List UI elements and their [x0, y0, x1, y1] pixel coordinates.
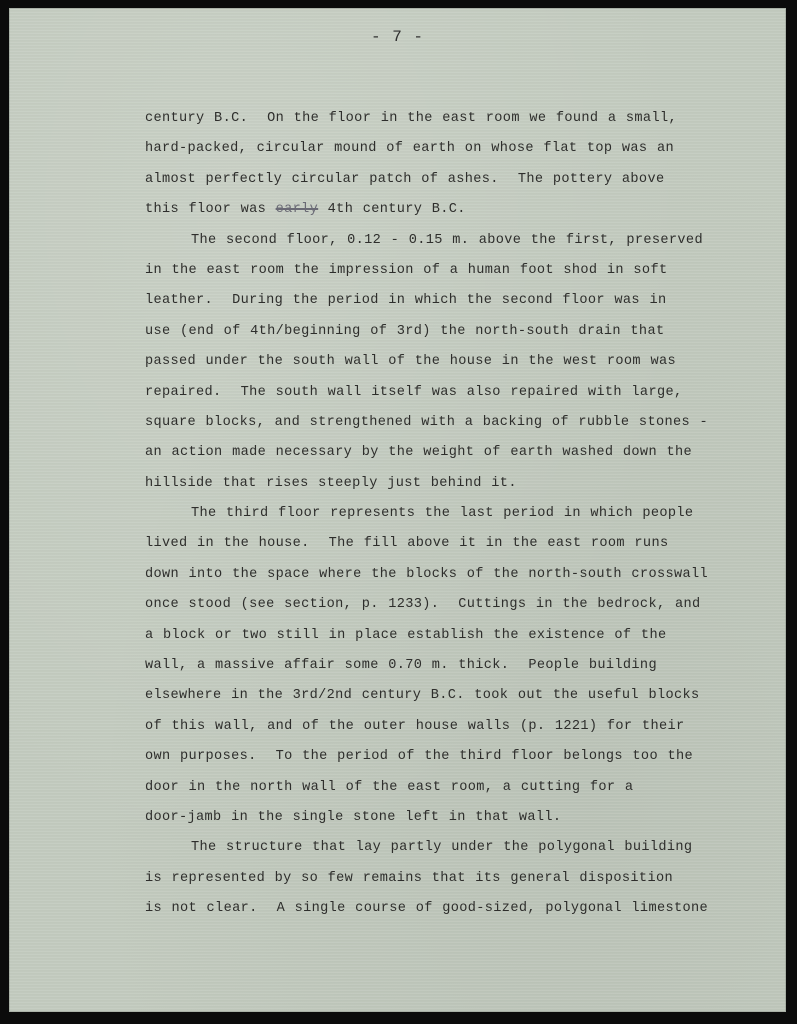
page-number: - 7 - [9, 28, 786, 46]
text-line-with-correction: this floor was early 4th century B.C. [145, 195, 765, 225]
text-line: lived in the house. The fill above it in… [145, 529, 765, 559]
text-segment: this floor was [145, 202, 276, 217]
text-line: is not clear. A single course of good-si… [145, 894, 765, 924]
text-line: door-jamb in the single stone left in th… [145, 803, 765, 833]
text-line: almost perfectly circular patch of ashes… [145, 165, 765, 195]
text-line: century B.C. On the floor in the east ro… [145, 104, 765, 134]
paragraph-2: The second floor, 0.12 - 0.15 m. above t… [145, 226, 765, 500]
typewritten-page: - 7 - century B.C. On the floor in the e… [9, 8, 786, 1012]
text-line: a block or two still in place establish … [145, 621, 765, 651]
text-line: passed under the south wall of the house… [145, 347, 765, 377]
text-line: door in the north wall of the east room,… [145, 773, 765, 803]
text-line: hillside that rises steeply just behind … [145, 469, 765, 499]
text-line: The structure that lay partly under the … [145, 833, 765, 863]
text-line: of this wall, and of the outer house wal… [145, 712, 765, 742]
text-segment: 4th century B.C. [318, 202, 466, 217]
text-line: down into the space where the blocks of … [145, 560, 765, 590]
text-line: use (end of 4th/beginning of 3rd) the no… [145, 317, 765, 347]
paragraph-3: The third floor represents the last peri… [145, 499, 765, 833]
text-line: an action made necessary by the weight o… [145, 438, 765, 468]
text-line: once stood (see section, p. 1233). Cutti… [145, 590, 765, 620]
paragraph-1: century B.C. On the floor in the east ro… [145, 104, 765, 226]
text-line: The third floor represents the last peri… [145, 499, 765, 529]
text-line: elsewhere in the 3rd/2nd century B.C. to… [145, 681, 765, 711]
text-line: is represented by so few remains that it… [145, 864, 765, 894]
paragraph-4: The structure that lay partly under the … [145, 833, 765, 924]
text-line: wall, a massive affair some 0.70 m. thic… [145, 651, 765, 681]
text-line: square blocks, and strengthened with a b… [145, 408, 765, 438]
body-text: century B.C. On the floor in the east ro… [145, 104, 765, 925]
text-line: leather. During the period in which the … [145, 286, 765, 316]
text-line: hard-packed, circular mound of earth on … [145, 134, 765, 164]
text-line: own purposes. To the period of the third… [145, 742, 765, 772]
struck-out-word: early [276, 202, 319, 217]
text-line: repaired. The south wall itself was also… [145, 378, 765, 408]
text-line: in the east room the impression of a hum… [145, 256, 765, 286]
text-line: The second floor, 0.12 - 0.15 m. above t… [145, 226, 765, 256]
